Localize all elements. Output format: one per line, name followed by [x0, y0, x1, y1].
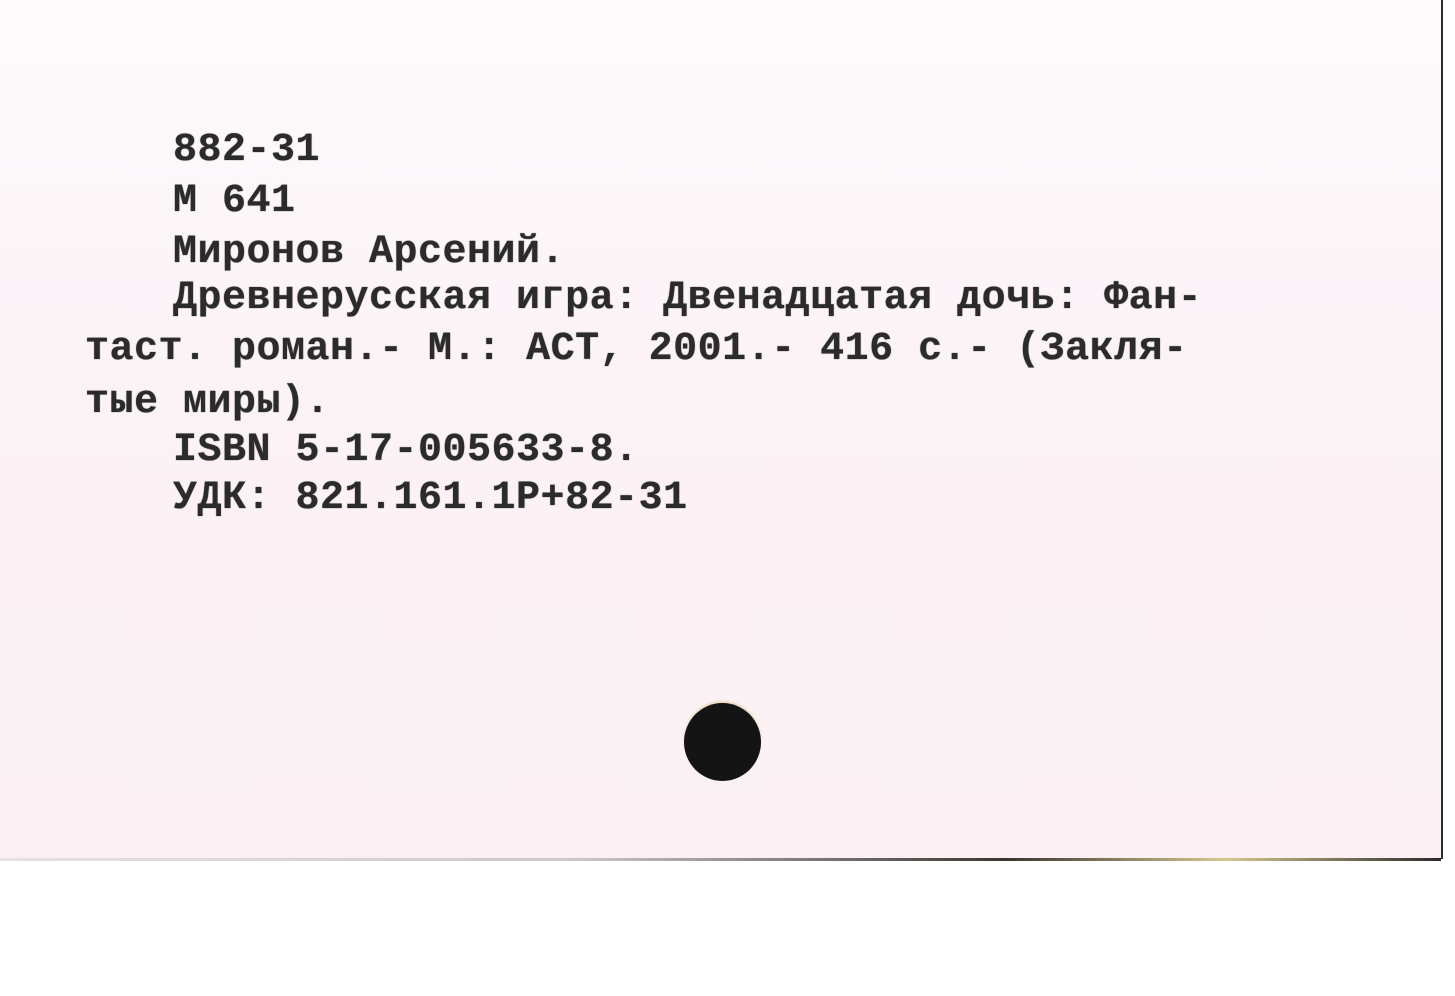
isbn: ISBN 5-17-005633-8.	[173, 426, 639, 476]
description-line: Древнерусская игра: Двенадцатая дочь: Фа…	[173, 274, 1202, 324]
udc-code: УДК: 821.161.1Р+82-31	[173, 474, 688, 524]
description-line: тые миры).	[85, 378, 330, 428]
classification-number: 882-31	[173, 126, 320, 176]
description-line: таст. роман.- М.: АСТ, 2001.- 416 с.- (З…	[85, 325, 1188, 375]
library-catalog-card: 882-31 М 641 Миронов Арсений. Древнерусс…	[0, 0, 1443, 859]
author-mark: М 641	[173, 177, 296, 227]
scanned-page: 882-31 М 641 Миронов Арсений. Древнерусс…	[0, 0, 1455, 996]
author-name: Миронов Арсений.	[173, 228, 565, 278]
punch-hole	[684, 703, 761, 781]
